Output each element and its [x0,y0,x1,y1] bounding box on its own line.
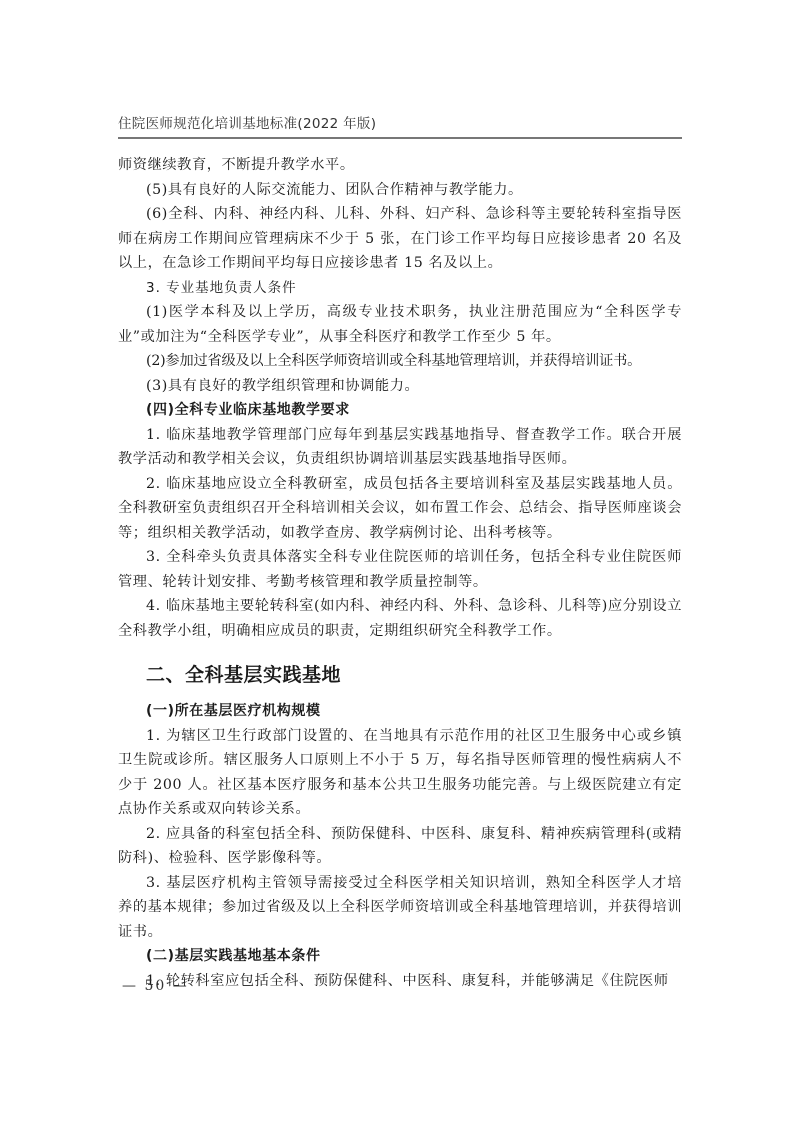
page-number: — 50 — [122,978,189,994]
document-title: 住院医师规范化培训基地标准(2022 年版) [118,112,682,132]
paragraph: 1. 为辖区卫生行政部门设置的、在当地具有示范作用的社区卫生服务中心或乡镇卫生院… [118,724,682,822]
paragraph: (5)具有良好的人际交流能力、团队合作精神与教学能力。 [118,178,682,203]
paragraph: 4. 临床基地主要轮转科室(如内科、神经内科、外科、急诊科、儿科等)应分别设立全… [118,594,682,643]
paragraph: 1. 临床基地教学管理部门应每年到基层实践基地指导、督查教学工作。联合开展教学活… [118,423,682,472]
paragraph: 3. 基层医疗机构主管领导需接受过全科医学相关知识培训，熟知全科医学人才培养的基… [118,871,682,945]
chapter-heading: 二、全科基层实践基地 [118,661,682,689]
section-heading: (四)全科专业临床基地教学要求 [118,398,682,423]
paragraph: (1)医学本科及以上学历，高级专业技术职务，执业注册范围应为“全科医学专业”或加… [118,300,682,349]
paragraph: 1. 轮转科室应包括全科、预防保健科、中医科、康复科，并能够满足《住院医师 [118,969,682,994]
header-divider [118,137,682,139]
paragraph: (2)参加过省级及以上全科医学师资培训或全科基地管理培训，并获得培训证书。 [118,349,682,374]
paragraph: (6)全科、内科、神经内科、儿科、外科、妇产科、急诊科等主要轮转科室指导医师在病… [118,202,682,276]
section-heading: (二)基层实践基地基本条件 [118,944,682,969]
paragraph: 2. 临床基地应设立全科教研室，成员包括各主要培训科室及基层实践基地人员。全科教… [118,472,682,546]
running-header: 住院医师规范化培训基地标准(2022 年版) [118,112,682,132]
paragraph: (3)具有良好的教学组织管理和协调能力。 [118,374,682,399]
subheading: 3. 专业基地负责人条件 [118,276,682,301]
page-body: 师资继续教育，不断提升教学水平。 (5)具有良好的人际交流能力、团队合作精神与教… [118,153,682,993]
paragraph: 师资继续教育，不断提升教学水平。 [118,153,682,178]
section-heading: (一)所在基层医疗机构规模 [118,699,682,724]
paragraph: 2. 应具备的科室包括全科、预防保健科、中医科、康复科、精神疾病管理科(或精防科… [118,822,682,871]
paragraph: 3. 全科牵头负责具体落实全科专业住院医师的培训任务，包括全科专业住院医师管理、… [118,545,682,594]
